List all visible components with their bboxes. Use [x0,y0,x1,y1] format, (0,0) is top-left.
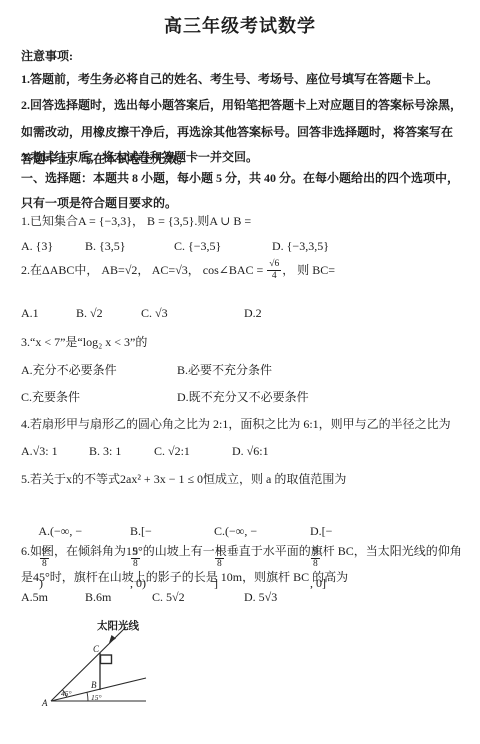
option-1-b: B. {3,5} [85,233,174,259]
option-2-a: A.1 [21,300,76,326]
option-5-c-pre: C.(−∞, − [214,524,257,538]
option-1-d: D. {−3,3,5} [272,233,329,259]
question-2-fraction: √6 4 [267,259,281,282]
question-1-options: A. {3} B. {3,5} C. {−3,5} D. {−3,3,5} [21,233,463,259]
option-2-d: D.2 [244,300,262,326]
question-4-stem: 4.若扇形甲与扇形乙的圆心角之比为 2:1，面积之比为 6:1，则甲与乙的半径之… [21,411,463,437]
question-3-stem: 3.“x < 7”是“log₂ x < 3”的 [21,329,463,355]
point-b-label: B [91,680,97,690]
option-2-c: C. √3 [141,300,244,326]
question-6-figure: 太阳光线 C B A 45° 15° [40,610,160,716]
option-4-b: B. 3: 1 [89,438,154,464]
option-1-a: A. {3} [21,233,85,259]
option-6-a: A.5m [21,584,85,610]
option-3-a: A.充分不必要条件 [21,357,177,383]
question-6-options: A.5m B.6m C. 5√2 D. 5√3 [21,584,463,610]
question-3-options-row-1: A.充分不必要条件 B.必要不充分条件 [21,357,463,383]
angle-45-label: 45° [61,689,72,698]
option-4-c: C. √2:1 [154,438,232,464]
exam-page: 高三年级考试数学 注意事项: 1.答题前，考生务必将自己的姓名、考生号、考场号、… [0,0,480,744]
option-5-a-pre: A.(−∞, − [38,524,82,538]
sunray-label: 太阳光线 [97,619,139,632]
option-6-d: D. 5√3 [244,584,277,610]
option-3-c: C.充要条件 [21,384,177,410]
fraction-numerator: √6 [267,259,281,271]
notice-item-1: 1.答题前，考生务必将自己的姓名、考生号、考场号、座位号填写在答题卡上。 [21,66,463,93]
point-a-label: A [41,698,48,708]
question-1-stem: 1.已知集合A = {−3,3}， B = {3,5}.则A ∪ B = [21,208,463,234]
option-2-b: B. √2 [76,300,141,326]
sun-ray-arrow-icon [109,635,116,643]
point-c-label: C [93,644,100,654]
angle-15-arc [87,692,88,701]
question-5-stem: 5.若关于x的不等式2ax² + 3x − 1 ≤ 0恒成立，则 a 的取值范围… [21,466,463,492]
question-2-stem: 2.在ΔABC中， AB=√2， AC=√3， cos∠BAC = √6 4 ，… [21,258,463,282]
option-6-c: C. 5√2 [152,584,244,610]
flag-icon [101,655,112,664]
question-6-stem: 6.如图，在倾斜角为15°的山坡上有一根垂直于水平面的旗杆 BC，当太阳光线的仰… [21,538,463,590]
option-3-b: B.必要不充分条件 [177,357,272,383]
option-1-c: C. {−3,5} [174,233,272,259]
question-3-options-row-2: C.充要条件 D.既不充分又不必要条件 [21,384,463,410]
question-2-stem-pre: 2.在ΔABC中， AB=√2， AC=√3， cos∠BAC = [21,258,266,282]
question-2-options: A.1 B. √2 C. √3 D.2 [21,300,463,326]
option-5-b-pre: B.[− [130,524,152,538]
exam-title: 高三年级考试数学 [0,12,480,38]
fraction-denominator: 4 [270,271,279,282]
angle-15-label: 15° [91,693,102,702]
option-4-a: A.√3: 1 [21,438,89,464]
option-5-d-pre: D.[− [310,524,332,538]
option-4-d: D. √6:1 [232,438,269,464]
option-6-b: B.6m [85,584,152,610]
question-2-stem-post: ， 则 BC= [282,258,335,282]
option-3-d: D.既不充分又不必要条件 [177,384,309,410]
question-4-options: A.√3: 1 B. 3: 1 C. √2:1 D. √6:1 [21,438,463,464]
